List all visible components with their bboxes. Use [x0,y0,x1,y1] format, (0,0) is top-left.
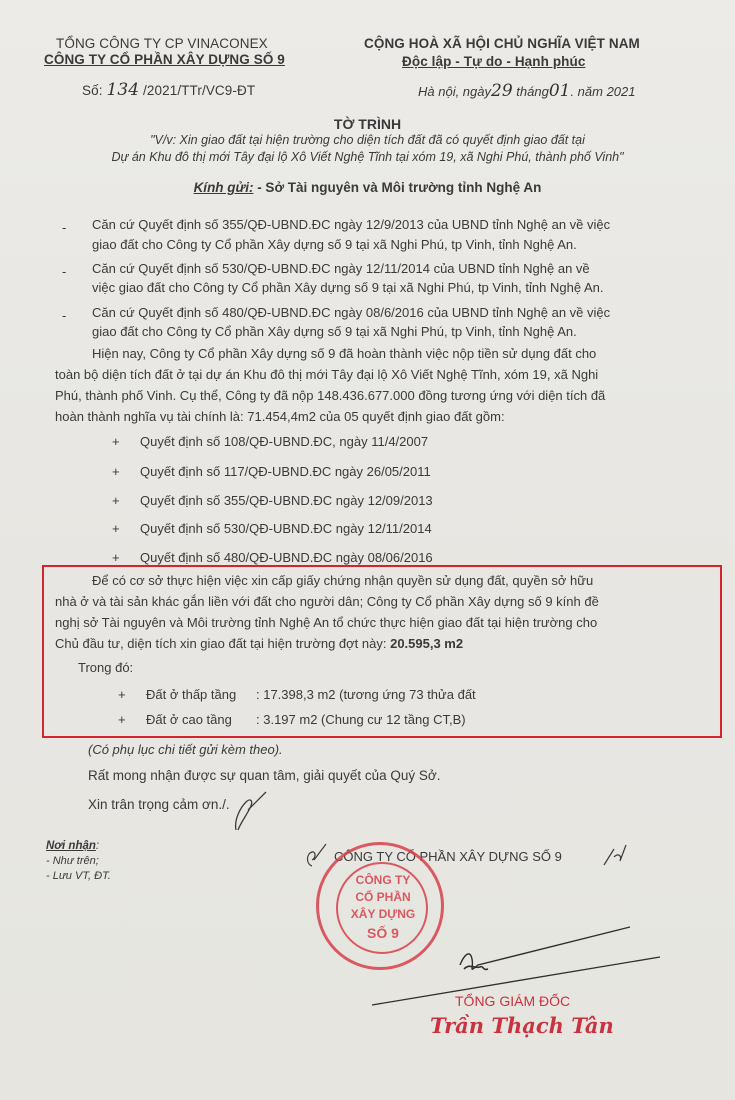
company-name: CÔNG TY CỔ PHẦN XÂY DỰNG SỐ 9 [44,52,285,67]
decision-item: +Quyết định số 117/QĐ-UBND.ĐC ngày 26/05… [112,464,431,479]
doc-number-prefix: Số: [82,83,103,98]
nation-title: CỘNG HOÀ XÃ HỘI CHỦ NGHĨA VIỆT NAM [364,36,640,51]
subject-line-1: "V/v: Xin giao đất tại hiện trường cho d… [0,133,735,147]
parent-org: TỔNG CÔNG TY CP VINACONEX [56,36,268,51]
basis-1-line-2: giao đất cho Công ty Cổ phần Xây dựng số… [92,234,577,256]
decision-item: +Quyết định số 108/QĐ-UBND.ĐC, ngày 11/4… [112,434,428,449]
document-number: Số: 134 /2021/TTr/VC9-ĐT [82,80,255,100]
document-page: TỔNG CÔNG TY CP VINACONEX CÔNG TY CỔ PHẦ… [0,0,735,1100]
basis-2-line-2: việc giao đất cho Công ty Cổ phần Xây dự… [92,277,603,299]
closing-thanks: Xin trân trọng cảm ơn./. [88,797,230,812]
basis-1-line-1: Căn cứ Quyết định số 355/QĐ-UBND.ĐC ngày… [92,214,610,236]
recipient-item: - Như trên; [46,855,99,867]
date-day: 29 [491,81,513,101]
doc-number-suffix: /2021/TTr/VC9-ĐT [143,83,255,98]
bullet-dash: - [62,264,66,279]
basis-3-line-2: giao đất cho Công ty Cổ phần Xây dựng số… [92,321,577,343]
recipient-label: Kính gửi: [194,180,254,195]
decision-item: +Quyết định số 355/QĐ-UBND.ĐC ngày 12/09… [112,493,433,508]
total-area: 20.595,3 m2 [390,636,463,651]
bullet-dash: - [62,220,66,235]
signatory-position: TỔNG GIÁM ĐỐC [455,993,570,1009]
decision-item: +Quyết định số 480/QĐ-UBND.ĐC ngày 08/06… [112,550,433,565]
initial-mark-icon [300,840,330,870]
bullet-dash: - [62,308,66,323]
recipients-label: Nơi nhận: [46,840,99,852]
date-month: 01 [549,81,571,101]
closing-request: Rất mong nhận được sự quan tâm, giải quy… [88,768,440,783]
initial-mark-icon [600,843,630,869]
in-which-label: Trong đó: [78,657,133,679]
document-date: Hà nội, ngày29 tháng01. năm 2021 [418,81,636,101]
recipient-line: Kính gửi: - Sở Tài nguyên và Môi trường … [0,180,735,195]
decision-item: +Quyết định số 530/QĐ-UBND.ĐC ngày 12/11… [112,521,432,536]
appendix-note: (Có phụ lục chi tiết gửi kèm theo). [88,742,283,757]
signatory-name: Trần Thạch Tân [430,1013,614,1038]
area-item-high-rise: +Đất ở cao tầng: 3.197 m2 (Chung cư 12 t… [118,712,466,727]
recipient-item: - Lưu VT, ĐT. [46,870,111,882]
doc-number-handwritten: 134 [106,80,139,100]
recipient-text: - Sở Tài nguyên và Môi trường tỉnh Nghệ … [253,180,541,195]
initial-signature-icon [230,790,270,835]
area-item-low-rise: +Đất ở thấp tầng: 17.398,3 m2 (tương ứng… [118,687,476,702]
subject-line-2: Dự án Khu đô thị mới Tây đại lộ Xô Viết … [0,150,735,164]
nation-motto: Độc lập - Tự do - Hạnh phúc [402,54,585,69]
document-title: TỜ TRÌNH [0,116,735,132]
